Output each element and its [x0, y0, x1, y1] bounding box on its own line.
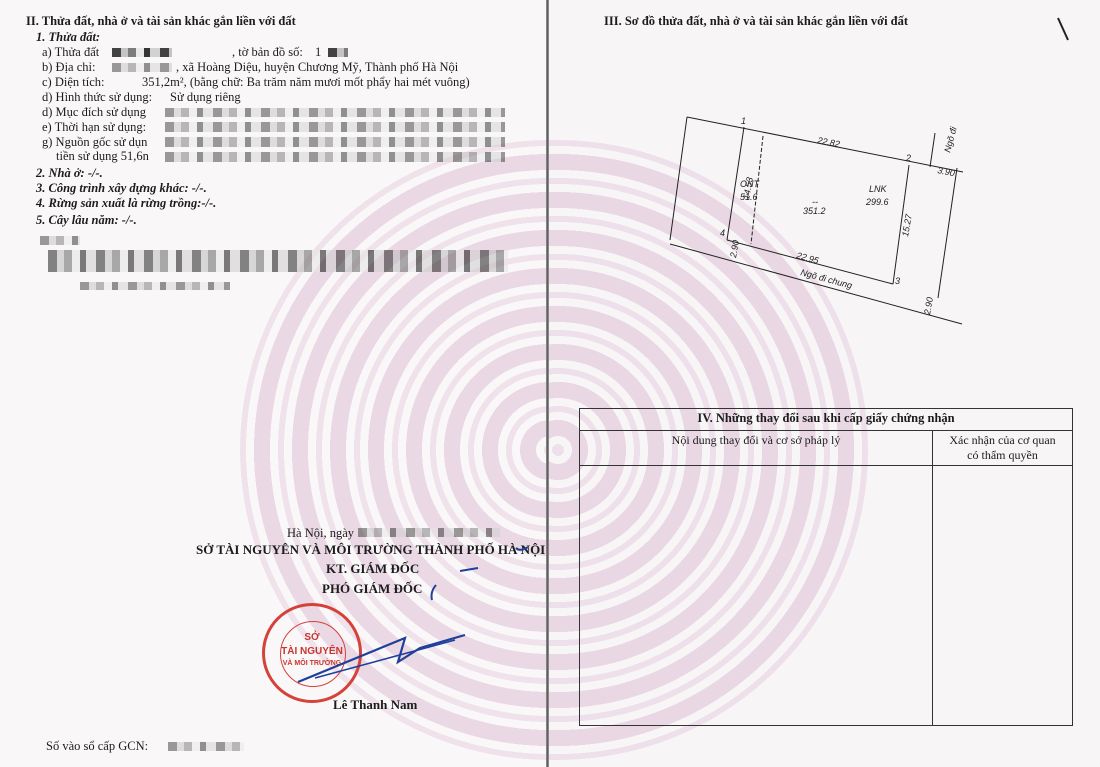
changes-table-title: IV. Những thay đổi sau khi cấp giấy chứn…	[580, 409, 1073, 431]
svg-text:Ngõ đi: Ngõ đi	[942, 125, 959, 154]
svg-text:3: 3	[895, 276, 900, 286]
svg-text:2.90: 2.90	[922, 296, 935, 316]
svg-text:4: 4	[720, 228, 725, 238]
col-change-content: Nội dung thay đổi và cơ sở pháp lý	[580, 431, 933, 466]
svg-text:1: 1	[741, 116, 746, 126]
changes-table: IV. Những thay đổi sau khi cấp giấy chứn…	[579, 408, 1073, 726]
change-content-cell	[580, 466, 933, 726]
svg-text:LNK: LNK	[869, 184, 888, 194]
svg-text:3.90: 3.90	[937, 165, 956, 178]
svg-text:351.2: 351.2	[803, 206, 826, 216]
svg-text:ONT: ONT	[740, 179, 761, 189]
svg-text:51.6: 51.6	[740, 192, 758, 202]
svg-text:2: 2	[905, 153, 911, 163]
svg-text:299.6: 299.6	[865, 197, 889, 207]
svg-text:22.82: 22.82	[816, 135, 841, 149]
authority-cell	[933, 466, 1073, 726]
svg-text:22.95: 22.95	[795, 250, 821, 266]
col-authority-confirmation: Xác nhận của cơ quancó thẩm quyền	[933, 431, 1073, 466]
svg-text:2.90: 2.90	[728, 239, 741, 259]
